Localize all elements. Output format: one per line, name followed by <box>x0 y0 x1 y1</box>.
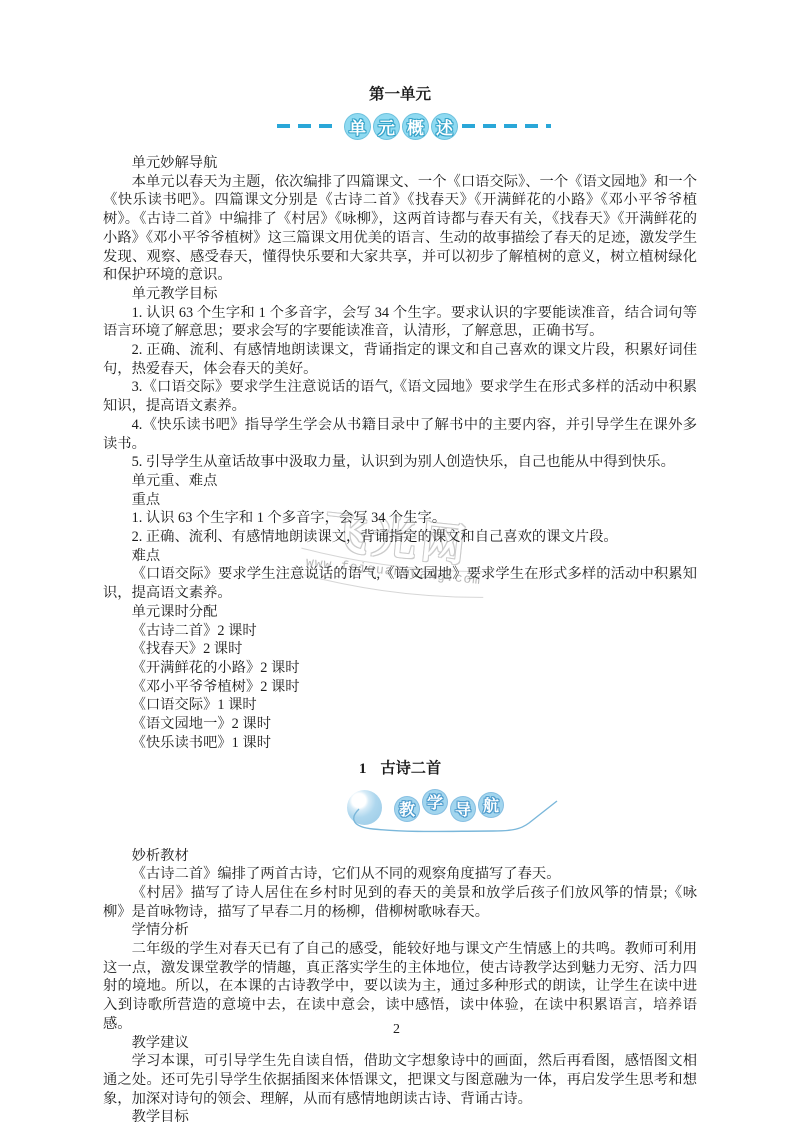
paragraph: 妙析教材 <box>103 847 697 866</box>
paragraph: 单元课时分配 <box>103 603 697 622</box>
paragraph: 5. 引导学生从童话故事中汲取力量，认识到为别人创造快乐，自己也能从中得到快乐。 <box>103 453 697 472</box>
paragraph: 《找春天》2 课时 <box>103 640 697 659</box>
page-number: 2 <box>0 1022 793 1038</box>
paragraph: 重点 <box>103 491 697 510</box>
paragraph: 4.《快乐读书吧》指导学生学会从书籍目录中了解书中的主要内容，并引导学生在课外多… <box>103 416 697 453</box>
banner-bubble-char: 单 <box>344 113 371 140</box>
banner-bubble-char: 元 <box>373 113 400 140</box>
page-content: 第一单元 单 元 概 述 单元妙解导航本单元以春天为主题，依次编排了四篇课文、一… <box>103 0 697 1122</box>
paragraph: 学习本课，可引导学生先自读自悟，借助文字想象诗中的画面，然后再看图，感悟图文相通… <box>103 1052 697 1108</box>
paragraph: 单元教学目标 <box>103 285 697 304</box>
paragraph: 1. 认识 63 个生字和 1 个多音字，会写 34 个生字。要求认识的字要能读… <box>103 304 697 341</box>
teaching-nav-group: 教 学 导 航 <box>347 787 505 835</box>
paragraph: 《古诗二首》编排了两首古诗，它们从不同的观察角度描写了春天。 <box>103 865 697 884</box>
banner-swoosh-line <box>341 789 573 835</box>
paragraph: 教学目标 <box>103 1108 697 1122</box>
paragraph: 2. 正确、流利、有感情地朗读课文，背诵指定的课文和自己喜欢的课文片段。 <box>103 528 697 547</box>
unit-title: 第一单元 <box>103 0 697 105</box>
paragraph: 本单元以春天为主题，依次编排了四篇课文、一个《口语交际》、一个《语文园地》和一个… <box>103 173 697 285</box>
banner-dash-right <box>462 124 551 128</box>
unit-overview-banner: 单 元 概 述 <box>117 110 711 142</box>
paragraph: 1. 认识 63 个生字和 1 个多音字，会写 34 个生字。 <box>103 509 697 528</box>
paragraph: 《邓小平爷爷植树》2 课时 <box>103 678 697 697</box>
lesson-heading: 1 古诗二首 <box>103 759 697 779</box>
paragraph: 《口语交际》要求学生注意说话的语气,《语文园地》要求学生在形式多样的活动中积累知… <box>103 565 697 602</box>
paragraph: 《古诗二首》2 课时 <box>103 622 697 641</box>
paragraph: 单元妙解导航 <box>103 154 697 173</box>
lesson-number: 1 <box>359 759 367 779</box>
paragraph: 学情分析 <box>103 921 697 940</box>
unit-overview-text: 单元妙解导航本单元以春天为主题，依次编排了四篇课文、一个《口语交际》、一个《语文… <box>103 154 697 753</box>
paragraph: 《开满鲜花的小路》2 课时 <box>103 659 697 678</box>
banner-dash-left <box>277 124 340 128</box>
document-page: 飞光网 www.feiguangwang.com 第一单元 单 元 概 述 单元… <box>0 0 793 1122</box>
teaching-guide-text: 妙析教材《古诗二首》编排了两首古诗，它们从不同的观察角度描写了春天。《村居》描写… <box>103 847 697 1122</box>
paragraph: 《快乐读书吧》1 课时 <box>103 734 697 753</box>
paragraph: 《村居》描写了诗人居住在乡村时见到的春天的美景和放学后孩子们放风筝的情景;《咏柳… <box>103 884 697 921</box>
paragraph: 2. 正确、流利、有感情地朗读课文，背诵指定的课文和自己喜欢的课文片段，积累好词… <box>103 341 697 378</box>
teaching-nav-banner: 教 学 导 航 <box>103 787 697 835</box>
paragraph: 3.《口语交际》要求学生注意说话的语气,《语文园地》要求学生在形式多样的活动中积… <box>103 378 697 415</box>
paragraph: 二年级的学生对春天已有了自己的感受，能较好地与课文产生情感上的共鸣。教师可利用这… <box>103 940 697 1034</box>
lesson-title: 古诗二首 <box>380 759 441 779</box>
banner-bubble-char: 述 <box>431 113 458 140</box>
banner-bubble-char: 概 <box>402 113 429 140</box>
paragraph: 《语文园地一》2 课时 <box>103 715 697 734</box>
paragraph: 难点 <box>103 547 697 566</box>
paragraph: 《口语交际》1 课时 <box>103 696 697 715</box>
paragraph: 单元重、难点 <box>103 472 697 491</box>
